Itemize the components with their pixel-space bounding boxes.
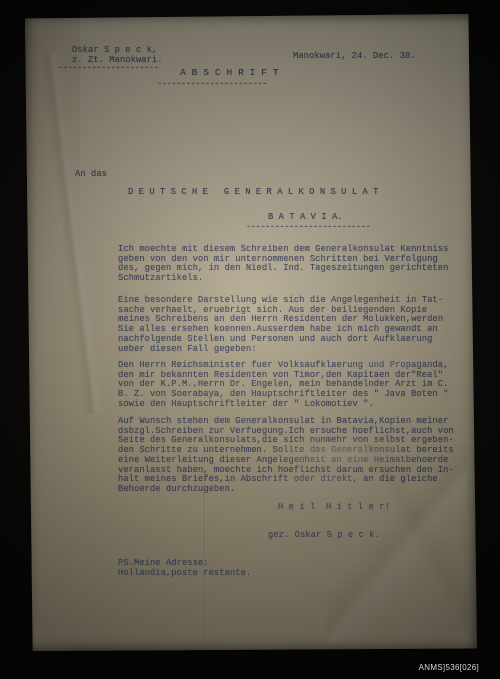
paragraph-3: Den Herrn Reichsminister fuer Volksaufkl… [118,361,448,410]
signature: gez. Oskar S p e c k. [268,531,380,541]
closing-salute: H e i l H i t l e r! [278,503,390,513]
scanned-letter-photo: { "frame": { "catalog_number": "ANMS]536… [0,0,500,679]
paragraph-4: Auf Wunsch stehen dem Generalkonsulat in… [118,417,454,495]
archive-catalog-number: ANMS]536[026] [419,663,479,672]
heading-underline: ----------------------- [157,80,267,90]
recipient-intro: An das [75,170,107,180]
postscript: PS.Meine Adresse: Hollandia,poste restan… [118,559,251,578]
dateline: Manokwari, 24. Dec. 38. [293,52,416,62]
recipient-underline: -------------------------- [246,223,370,233]
sender-underline: --------------------- [58,64,158,74]
paragraph-2: Eine besondere Darstellung wie sich die … [118,296,443,354]
paragraph-1: Ich moechte mit diesem Schreiben dem Gen… [118,245,448,284]
paper-edge-shadow [25,14,80,651]
document-heading: A B S C H R I F T [180,68,279,78]
recipient-name: D E U T S C H E G E N E R A L K O N S U … [128,188,378,198]
paper-crease-diagonal [35,54,105,414]
letter-page: Oskar S p e c k, z. Zt. Manokwari. -----… [25,14,477,651]
